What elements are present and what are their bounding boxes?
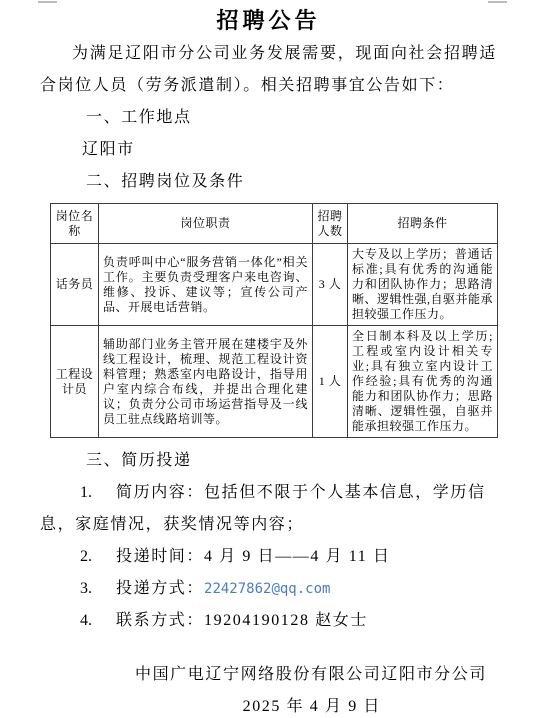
table-header-row: 岗位名称 岗位职责 招聘人数 招聘条件 <box>51 204 498 244</box>
work-location-value: 辽阳市 <box>40 134 497 166</box>
position-count-cell: 3 人 <box>313 244 348 326</box>
list-text: 投递时间：4 月 9 日——4 月 11 日 <box>116 548 391 565</box>
column-header-requirements: 招聘条件 <box>348 204 498 244</box>
position-requirement-cell: 大专及以上学历；普通话标准;具有优秀的沟通能力和团队协作力；思路清晰、逻辑性强,… <box>348 244 498 326</box>
table-row: 工程设计员 辅助部门业务主管开展在建楼宇及外线工程设计，梳理、规范工程设计资料管… <box>51 326 498 438</box>
section-heading-resume: 三、简历投递 <box>40 445 497 477</box>
section-heading-work-location: 一、工作地点 <box>40 102 497 134</box>
position-name-cell: 工程设计员 <box>51 326 99 438</box>
position-requirement-cell: 全日制本科及以上学历;工程或室内设计相关专业;具有独立室内设计工作经验;具有优秀… <box>348 326 498 438</box>
list-number: 4. <box>80 612 92 629</box>
section-heading-positions: 二、招聘岗位及条件 <box>40 166 497 198</box>
column-header-duties: 岗位职责 <box>99 204 313 244</box>
position-duty-cell: 负责呼叫中心“服务营销一体化”相关工作。主要负责受理客户来电咨询、维修、投诉、建… <box>99 244 313 326</box>
table-row: 话务员 负责呼叫中心“服务营销一体化”相关工作。主要负责受理客户来电咨询、维修、… <box>51 244 498 326</box>
list-item-submission-time: 2.投递时间：4 月 9 日——4 月 11 日 <box>40 541 497 573</box>
list-number: 2. <box>80 548 92 565</box>
margin-mark-left <box>38 1 57 3</box>
positions-table: 岗位名称 岗位职责 招聘人数 招聘条件 话务员 负责呼叫中心“服务营销一体化”相… <box>50 203 498 438</box>
email-link[interactable]: 22427862@qq.com <box>204 581 330 597</box>
list-text: 简历内容：包括但不限于个人基本信息，学历信息，家庭情况，获奖情况等内容； <box>40 484 486 533</box>
intro-paragraph: 为满足辽阳市分公司业务发展需要，现面向社会招聘适合岗位人员（劳务派遣制）。相关招… <box>40 38 497 102</box>
list-item-resume-content: 1.简历内容：包括但不限于个人基本信息，学历信息，家庭情况，获奖情况等内容； <box>40 477 497 541</box>
page-title: 招聘公告 <box>40 0 497 35</box>
list-number: 3. <box>80 580 92 597</box>
column-header-headcount: 招聘人数 <box>313 204 348 244</box>
list-item-contact: 4.联系方式：19204190128 赵女士 <box>40 605 497 637</box>
list-text: 联系方式：19204190128 赵女士 <box>116 612 368 629</box>
list-number: 1. <box>80 484 92 501</box>
position-count-cell: 1 人 <box>313 326 348 438</box>
position-name-cell: 话务员 <box>51 244 99 326</box>
list-item-submission-method: 3.投递方式：22427862@qq.com <box>40 573 497 605</box>
submission-method-label: 投递方式： <box>116 580 204 597</box>
position-duty-cell: 辅助部门业务主管开展在建楼宇及外线工程设计，梳理、规范工程设计资料管理；熟悉室内… <box>99 326 313 438</box>
signature-company: 中国广电辽宁网络股份有限公司辽阳市分公司 <box>40 659 497 691</box>
list-text: 投递方式：22427862@qq.com <box>116 580 330 597</box>
column-header-position-name: 岗位名称 <box>51 204 99 244</box>
margin-mark-right <box>488 1 507 3</box>
signature-date: 2025 年 4 月 9 日 <box>40 691 497 718</box>
document-page: 招聘公告 为满足辽阳市分公司业务发展需要，现面向社会招聘适合岗位人员（劳务派遣制… <box>0 0 538 718</box>
